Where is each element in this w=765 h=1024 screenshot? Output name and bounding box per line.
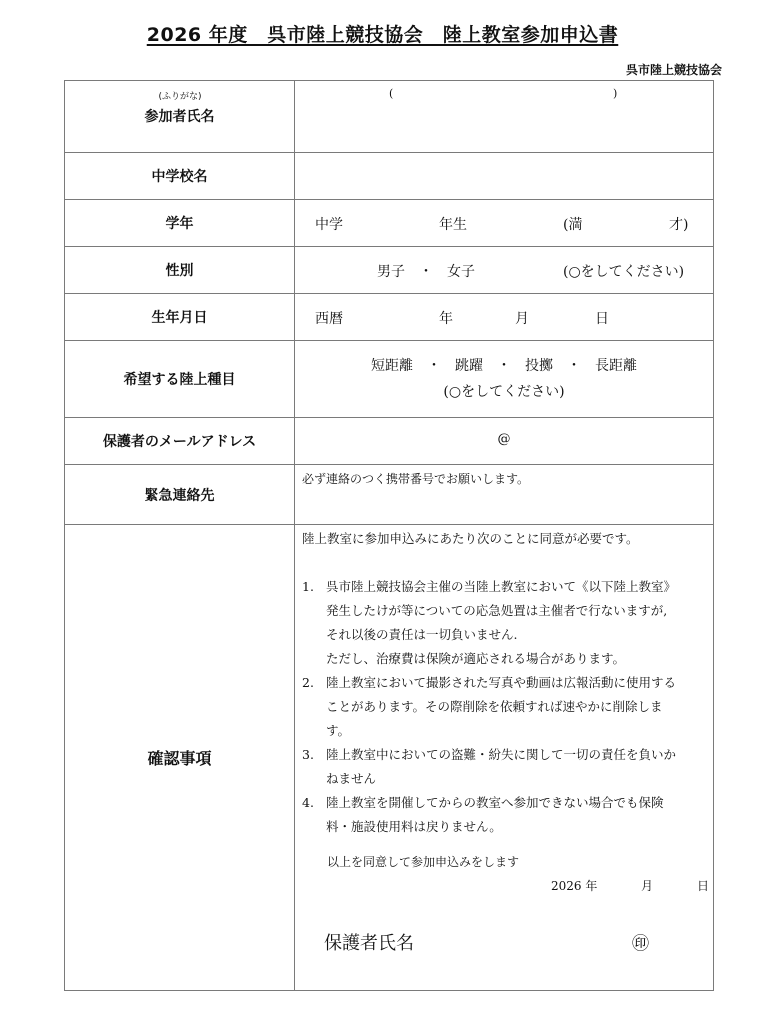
grade-field[interactable]: 中学 年生 (満 才) — [295, 200, 713, 246]
row-confirmation: 確認事項 陸上教室に参加申込みにあたり次のことに同意が必要です。 1. 呉市陸上… — [65, 524, 713, 990]
row-grade: 学年 中学 年生 (満 才) — [65, 199, 713, 246]
confirmation-item-2: 2. 陸上教室において撮影された写真や動画は広報活動に使用する ことがあります。… — [302, 671, 712, 743]
confirmation-intro: 陸上教室に参加申込みにあたり次のことに同意が必要です。 — [302, 527, 639, 551]
confirmation-content: 陸上教室に参加申込みにあたり次のことに同意が必要です。 1. 呉市陸上競技協会主… — [295, 525, 713, 990]
agree-text: 以上を同意して参加申込みをします — [327, 853, 519, 870]
row-birthdate: 生年月日 西暦 年 月 日 — [65, 293, 713, 340]
row-participant-name: (ふりがな) 参加者氏名 ( ) — [65, 81, 713, 152]
gender-options[interactable]: 男子 ・ 女子 — [377, 261, 475, 281]
sign-date-month[interactable]: 月 — [641, 877, 653, 894]
guardian-name-label: 保護者氏名 — [324, 929, 414, 955]
document-title: 2026 年度 呉市陸上競技協会 陸上教室参加申込書 — [0, 20, 765, 47]
grade-prefix: 中学 — [315, 214, 343, 234]
furigana-close-paren: ) — [613, 87, 617, 100]
events-instruction: (○をしてください) — [295, 381, 713, 401]
gender-field[interactable]: 男子 ・ 女子 (○をしてください) — [295, 247, 713, 293]
participant-name-label: 参加者氏名 — [145, 106, 215, 126]
events-label: 希望する陸上種目 — [65, 341, 295, 417]
sign-date-day[interactable]: 日 — [697, 877, 709, 894]
confirmation-item-4: 4. 陸上教室を開催してからの教室へ参加できない場合でも保険 料・施設使用料は戻… — [302, 791, 712, 839]
row-gender: 性別 男子 ・ 女子 (○をしてください) — [65, 246, 713, 293]
birthdate-year: 年 — [439, 308, 453, 328]
age-open: (満 — [563, 214, 582, 234]
confirmation-label: 確認事項 — [65, 525, 295, 990]
furigana-label: (ふりがな) — [65, 89, 295, 102]
row-school: 中学校名 — [65, 152, 713, 199]
events-field[interactable]: 短距離 ・ 跳躍 ・ 投擲 ・ 長距離 (○をしてください) — [295, 341, 713, 417]
participant-name-label-cell: (ふりがな) 参加者氏名 — [65, 81, 295, 152]
school-field[interactable] — [295, 153, 713, 199]
age-close: 才) — [669, 214, 688, 234]
birthdate-day: 日 — [595, 308, 609, 328]
confirmation-item-3: 3. 陸上教室中においての盗難・紛失に関して一切の責任を負いか ねません — [302, 743, 712, 791]
confirmation-items: 1. 呉市陸上競技協会主催の当陸上教室において《以下陸上教室》 発生したけが等に… — [302, 575, 712, 839]
confirmation-item-1: 1. 呉市陸上競技協会主催の当陸上教室において《以下陸上教室》 発生したけが等に… — [302, 575, 712, 671]
gender-label: 性別 — [65, 247, 295, 293]
emergency-note: 必ず連絡のつく携帯番号でお願いします。 — [302, 470, 529, 487]
email-at-symbol: @ — [295, 432, 713, 447]
organization-name: 呉市陸上競技協会 — [626, 61, 722, 78]
birthdate-era: 西暦 — [315, 308, 343, 328]
row-emergency: 緊急連絡先 必ず連絡のつく携帯番号でお願いします。 — [65, 464, 713, 524]
emergency-label: 緊急連絡先 — [65, 465, 295, 524]
row-events: 希望する陸上種目 短距離 ・ 跳躍 ・ 投擲 ・ 長距離 (○をしてください) — [65, 340, 713, 417]
gender-instruction: (○をしてください) — [563, 261, 684, 281]
row-email: 保護者のメールアドレス @ — [65, 417, 713, 464]
school-label: 中学校名 — [65, 153, 295, 199]
birthdate-field[interactable]: 西暦 年 月 日 — [295, 294, 713, 340]
birthdate-month: 月 — [515, 308, 529, 328]
sign-date-year[interactable]: 2026 年 — [551, 877, 597, 894]
grade-suffix: 年生 — [439, 214, 467, 234]
grade-label: 学年 — [65, 200, 295, 246]
application-form-table: (ふりがな) 参加者氏名 ( ) 中学校名 学年 中学 年生 (満 才) 性別 … — [64, 80, 714, 991]
email-field[interactable]: @ — [295, 418, 713, 464]
birthdate-label: 生年月日 — [65, 294, 295, 340]
seal-icon: ㊞ — [632, 929, 649, 954]
events-options[interactable]: 短距離 ・ 跳躍 ・ 投擲 ・ 長距離 — [295, 355, 713, 375]
furigana-open-paren: ( — [389, 87, 393, 100]
emergency-field[interactable]: 必ず連絡のつく携帯番号でお願いします。 — [295, 465, 713, 524]
participant-name-field[interactable]: ( ) — [295, 81, 713, 152]
email-label: 保護者のメールアドレス — [65, 418, 295, 464]
